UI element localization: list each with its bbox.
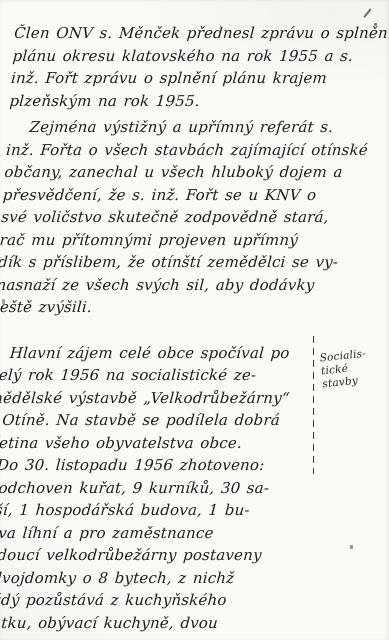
handwritten-line: plánu okresu klatovského na rok 1955 a s… xyxy=(12,45,386,68)
handwritten-line: Hlavní zájem celé obce spočíval po xyxy=(0,342,365,365)
margin-divider-rule xyxy=(313,336,314,474)
handwritten-line: 5 odchoven kuřat, 9 kurníků, 30 sa- xyxy=(0,477,355,500)
handwritten-line: láší, 1 hospodářská budova, 1 bu- xyxy=(0,499,354,522)
handwritten-line: budoucí velkodrůbežárny postaveny xyxy=(0,544,350,567)
ink-speck xyxy=(363,8,371,18)
handwritten-line: 4 dvojdomky o 8 bytech, z nichž xyxy=(0,567,349,590)
paragraph-referat: Zejména výstižný a upřímný referát s. in… xyxy=(0,116,380,319)
ink-speck xyxy=(2,299,5,304)
ink-speck xyxy=(350,545,353,549)
handwritten-line: třetina všeho obyvatelstva obce. xyxy=(0,432,358,455)
handwritten-line: mědělské výstavbě „Velkodrůbežárny“ xyxy=(0,387,362,410)
handwritten-line: inž. Fořt zprávu o splnění plánu krajem xyxy=(10,67,384,90)
handwritten-line: inž. Fořta o všech stavbách zajímající o… xyxy=(5,139,379,162)
handwritten-line: nasnaží ze všech svých sil, aby dodávky xyxy=(0,274,369,297)
handwritten-line: každý pozůstává z kuchyňského xyxy=(0,589,347,612)
handwritten-line: ještě zvýšili. xyxy=(0,296,368,319)
handwritten-line: Zejména výstižný a upřímný referát s. xyxy=(7,116,381,139)
handwritten-text-block: Člen ONV s. Měnček přednesl zprávu o spl… xyxy=(0,22,387,634)
handwritten-line: dík s příslibem, že otínští zemědělci se… xyxy=(0,251,371,274)
handwritten-line: celý rok 1956 na socialistické ze- xyxy=(0,364,363,387)
handwritten-line: přesvědčení, že s. inž. Fořt se u KNV o xyxy=(2,184,376,207)
handwritten-line: Člen ONV s. Měnček přednesl zprávu o spl… xyxy=(13,22,387,45)
handwritten-line: dova líhní a pro zaměstnance xyxy=(0,522,352,545)
handwritten-line: občany, zanechal u všech hluboký dojem a xyxy=(4,161,378,184)
margin-note: Socialis- tické stavby xyxy=(319,346,389,392)
handwritten-line: Do 30. listopadu 1956 zhotoveno: xyxy=(0,454,357,477)
handwritten-line: rač mu přítomnými projeven upřímný xyxy=(0,229,373,252)
paragraph-socialist-construction: Hlavní zájem celé obce spočíval po celý … xyxy=(0,342,365,455)
handwritten-line: své voličstvo skutečně zodpovědně stará, xyxy=(1,206,375,229)
paragraph-buildings-list: Do 30. listopadu 1956 zhotoveno: 5 odcho… xyxy=(0,454,357,634)
margin-note-line: tické stavby xyxy=(321,359,389,392)
paragraph-plan-report: Člen ONV s. Měnček přednesl zprávu o spl… xyxy=(9,22,387,112)
handwritten-line: plzeňským na rok 1955. xyxy=(9,90,383,113)
manuscript-page: Člen ONV s. Měnček přednesl zprávu o spl… xyxy=(0,0,389,640)
ink-speck xyxy=(374,23,377,26)
handwritten-line: koutku, obývací kuchyně, dvou xyxy=(0,612,346,635)
handwritten-line: v Otíně. Na stavbě se podílela dobrá xyxy=(0,409,360,432)
